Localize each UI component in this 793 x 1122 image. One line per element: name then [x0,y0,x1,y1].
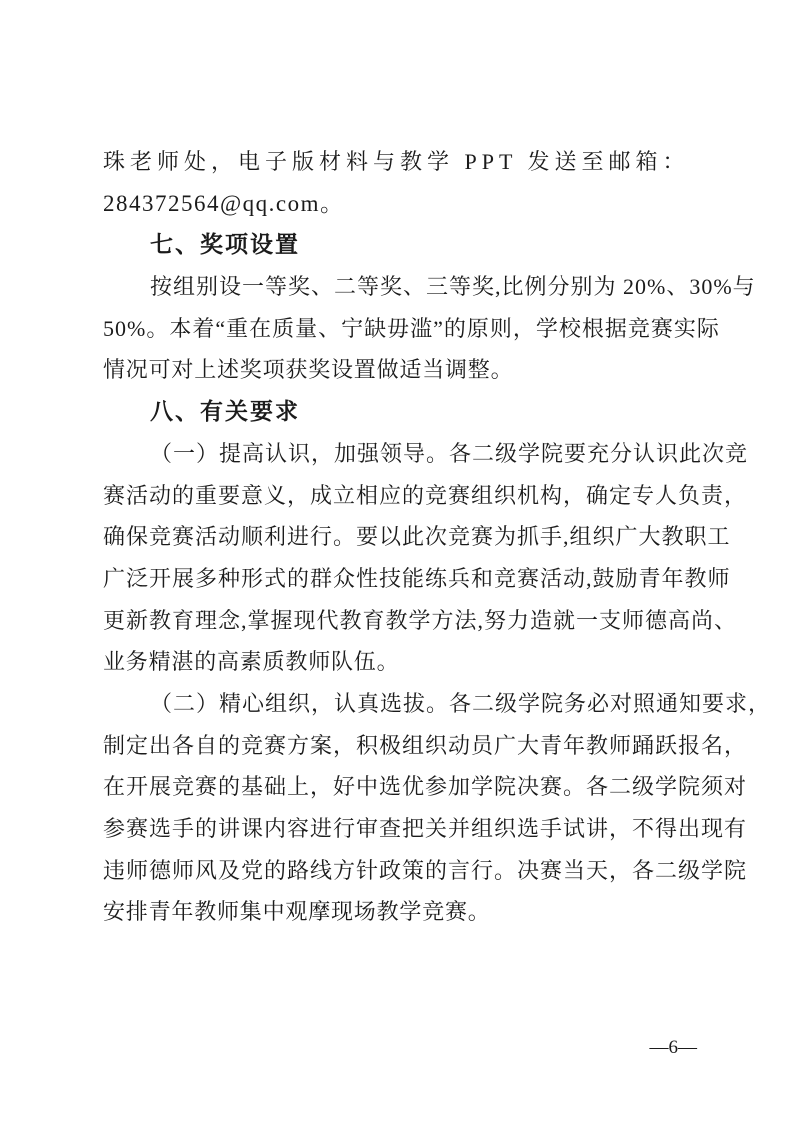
email-line: 284372564@qq.com。 [103,183,697,225]
body-line: 参赛选手的讲课内容进行审查把关并组织选手试讲，不得出现有 [103,808,697,850]
document-page: 珠老师处，电子版材料与教学 PPT 发送至邮箱： 284372564@qq.co… [0,0,793,1122]
intro-continuation-line: 珠老师处，电子版材料与教学 PPT 发送至邮箱： [103,141,697,183]
body-line: （二）精心组织，认真选拔。各二级学院务必对照通知要求， [103,683,697,725]
body-line: 在开展竞赛的基础上，好中选优参加学院决赛。各二级学院须对 [103,766,697,808]
text-content: 珠老师处，电子版材料与教学 PPT 发送至邮箱： 284372564@qq.co… [103,141,697,933]
body-line: 制定出各自的竞赛方案，积极组织动员广大青年教师踊跃报名， [103,725,697,767]
body-line: 50%。本着“重在质量、宁缺毋滥”的原则，学校根据竞赛实际 [103,308,697,350]
body-line: 安排青年教师集中观摩现场教学竞赛。 [103,891,697,933]
body-line: 确保竞赛活动顺利进行。要以此次竞赛为抓手,组织广大教职工 [103,516,697,558]
body-line: 更新教育理念,掌握现代教育教学方法,努力造就一支师德高尚、 [103,600,697,642]
section-heading-requirements: 八、有关要求 [103,391,697,433]
body-line: 情况可对上述奖项获奖设置做适当调整。 [103,349,697,391]
body-line: 违师德师风及党的路线方针政策的言行。决赛当天，各二级学院 [103,850,697,892]
page-number: —6— [650,1034,698,1062]
body-line: 按组别设一等奖、二等奖、三等奖,比例分别为 20%、30%与 [103,266,697,308]
body-line: 业务精湛的高素质教师队伍。 [103,641,697,683]
body-line: 赛活动的重要意义，成立相应的竞赛组织机构，确定专人负责， [103,475,697,517]
body-line: （一）提高认识，加强领导。各二级学院要充分认识此次竞 [103,433,697,475]
body-line: 广泛开展多种形式的群众性技能练兵和竞赛活动,鼓励青年教师 [103,558,697,600]
section-heading-awards: 七、奖项设置 [103,224,697,266]
